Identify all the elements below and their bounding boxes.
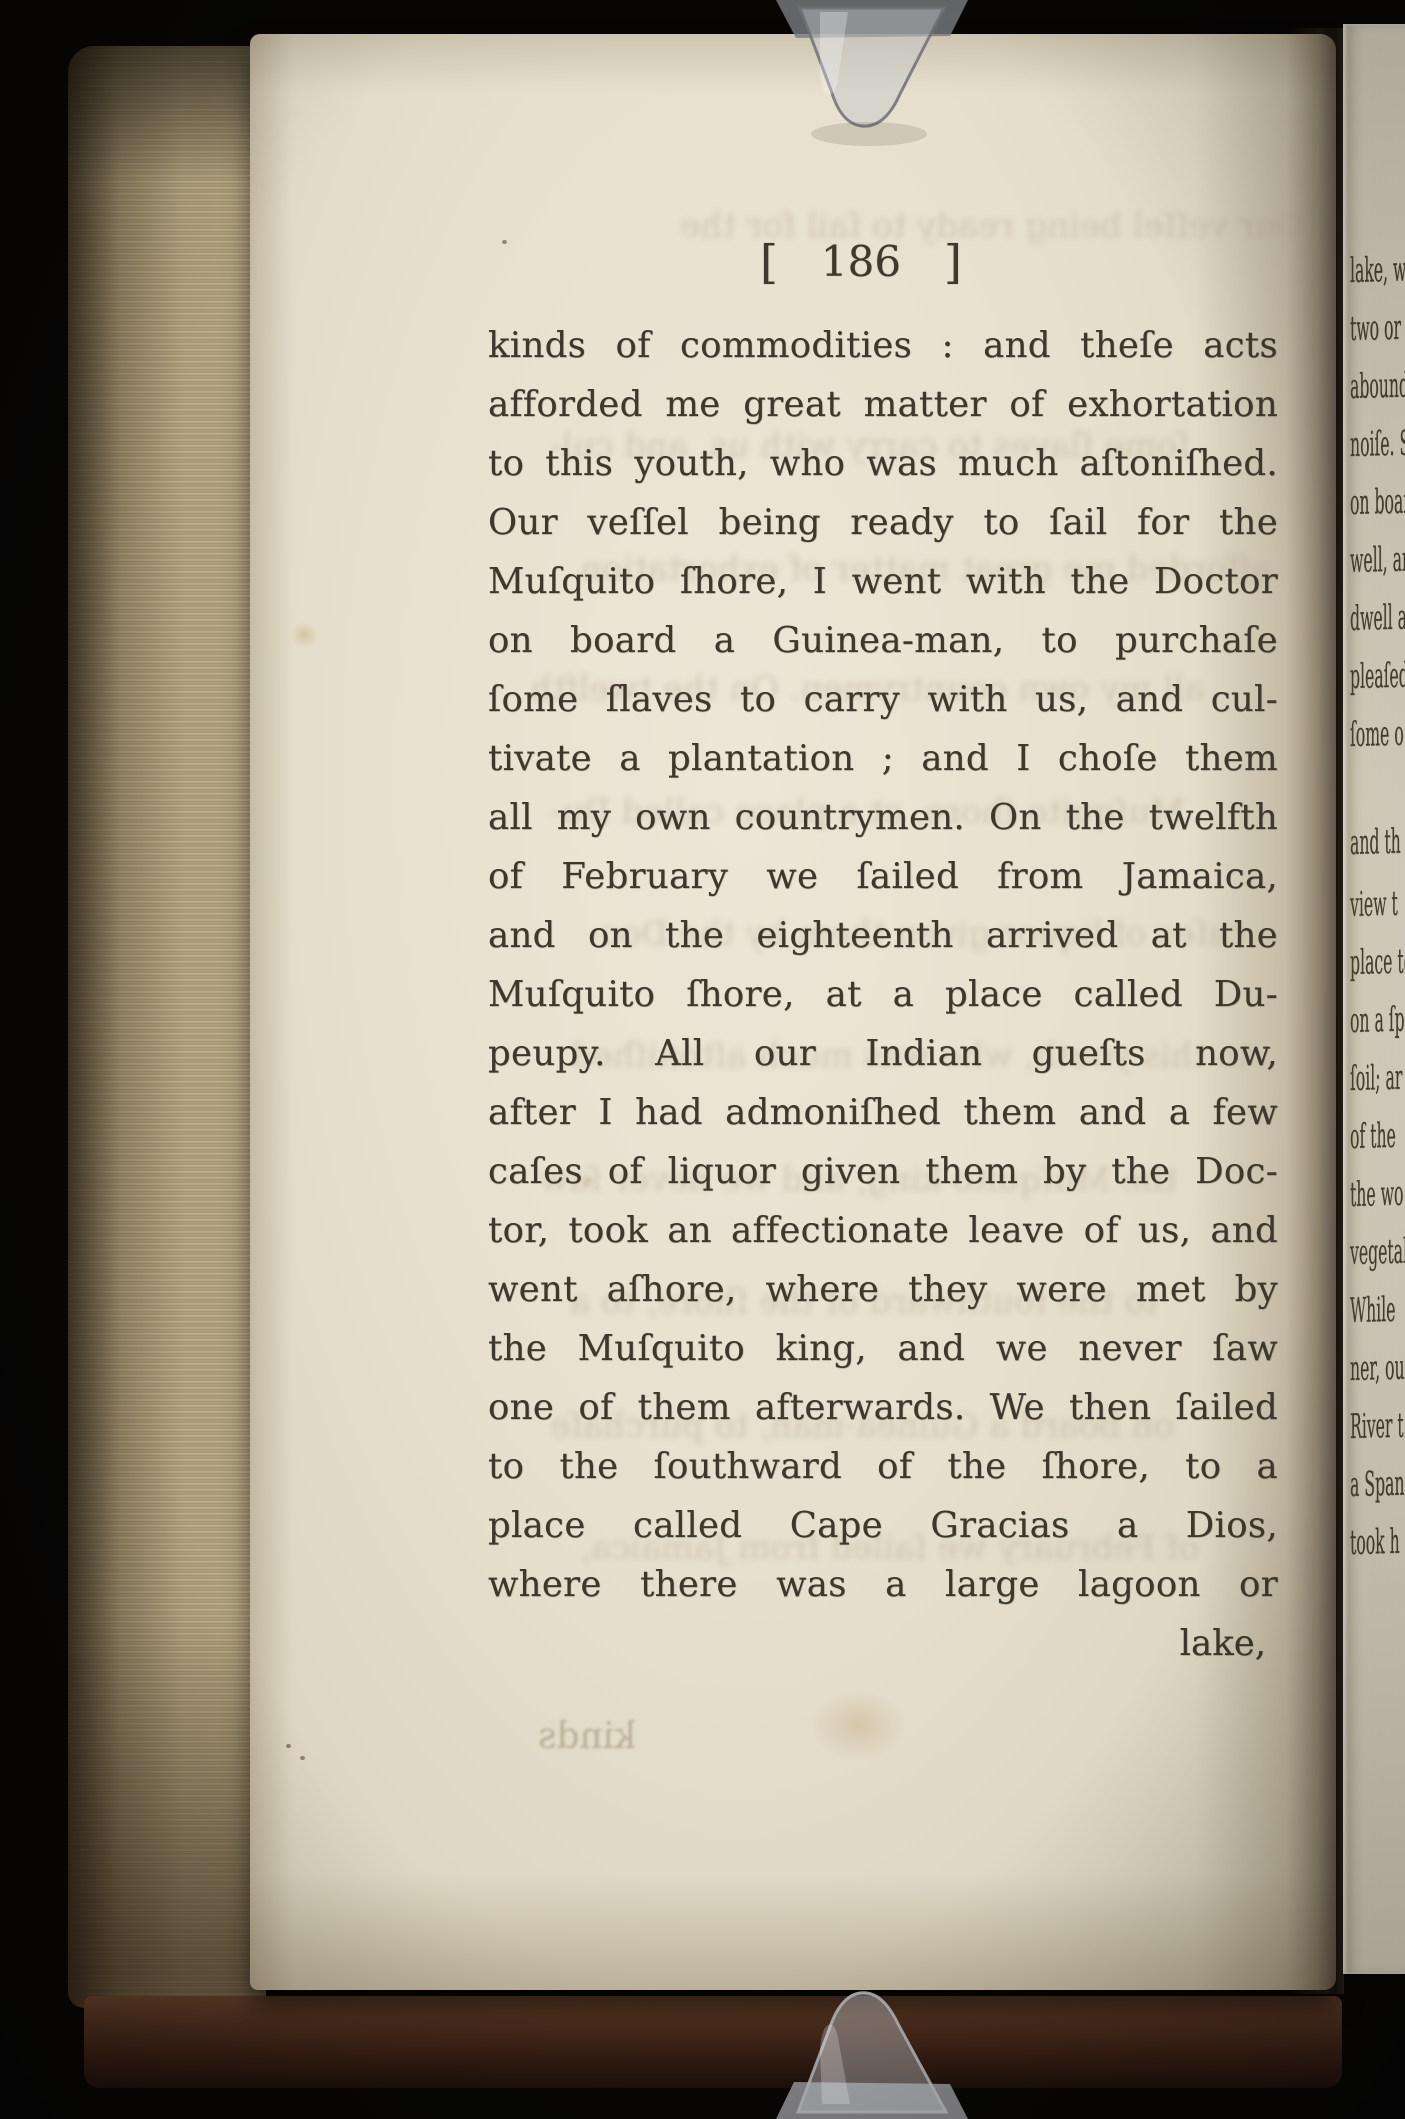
paper-stain: [290, 622, 318, 648]
show-through-word: kinds: [538, 1716, 636, 1757]
page-text-line: all my own countrymen. On the twelfth: [488, 788, 1278, 847]
facing-text-fragment: took h: [1350, 1513, 1400, 1572]
catchword: lake,: [488, 1614, 1266, 1673]
page-number-header: [ 186 ]: [760, 230, 962, 300]
open-bracket: [: [760, 230, 778, 294]
facing-text-fragment: view t: [1350, 875, 1398, 934]
book-page: [ 186 ] Our veſſel being ready to ſail f…: [250, 34, 1336, 1990]
facing-text-fragment: place to: [1350, 932, 1405, 992]
page-text-line: Muſquito ſhore, I went with the Doctor: [488, 552, 1278, 611]
page-text-line: Muſquito ſhore, at a place called Du-: [488, 965, 1278, 1024]
book-cover-bottom: [84, 1996, 1342, 2088]
book-photo: [ 186 ] Our veſſel being ready to ſail f…: [0, 0, 1405, 2119]
facing-text-fragment: on boar: [1350, 472, 1405, 532]
page-text-line: peupy. All our Indian gueſts now,: [488, 1024, 1278, 1083]
facing-text-fragment: and th: [1350, 813, 1401, 872]
page-text-line: Our veſſel being ready to ſail for the: [488, 493, 1278, 552]
page-text-line: tivate a plantation ; and I choſe them: [488, 729, 1278, 788]
page-text-line: of February we ſailed from Jamaica,: [488, 847, 1278, 906]
facing-text-fragment: pleaſed: [1350, 646, 1405, 706]
page-text-line: caſes of liquor given them by the Doc-: [488, 1142, 1278, 1201]
page-text-block: kinds of commodities : and theſe acts af…: [488, 316, 1278, 1614]
page-text-line: and on the eighteenth arrived at the: [488, 906, 1278, 965]
page-text-line: where there was a large lagoon or: [488, 1555, 1278, 1614]
facing-text-fragment: on a ſp: [1350, 991, 1405, 1050]
facing-text-fragment: ſome o: [1350, 705, 1404, 764]
paper-speck: [502, 240, 507, 244]
facing-text-fragment: dwell ar: [1350, 588, 1405, 648]
page-text-line: ſome ſlaves to carry with us, and cul-: [488, 670, 1278, 729]
page-text-line: on board a Guinea-man, to purchaſe: [488, 611, 1278, 670]
paper-stain: [810, 1689, 906, 1761]
facing-text-fragment: lake, w: [1350, 241, 1405, 300]
facing-text-fragment: noiſe. S: [1350, 414, 1405, 474]
page-text-line: to the ſouthward of the ſhore, to a: [488, 1437, 1278, 1496]
page-text-line: the Muſquito king, and we never ſaw: [488, 1319, 1278, 1378]
page-text-line: to this youth, who was much aſtoniſhed.: [488, 434, 1278, 493]
facing-text-fragment: abounde: [1350, 356, 1405, 416]
page-number: 186: [821, 230, 901, 294]
facing-text-fragment: ſoil; ar: [1350, 1049, 1402, 1108]
paper-speck: [300, 1756, 305, 1760]
paper-speck: [286, 1744, 291, 1748]
facing-text-fragment: the wo: [1350, 1165, 1403, 1224]
page-text-line: tor, took an affectionate leave of us, a…: [488, 1201, 1278, 1260]
page-text-line: one of them afterwards. We then ſailed: [488, 1378, 1278, 1437]
facing-text-fragment: River t: [1350, 1397, 1404, 1456]
facing-text-fragment: ner, ou: [1350, 1339, 1405, 1398]
page-edge-stack: [68, 46, 266, 2008]
facing-text-fragment: two or t: [1350, 298, 1405, 358]
facing-text-fragment: of the: [1350, 1107, 1396, 1166]
facing-text-fragment: vegetab: [1350, 1222, 1405, 1282]
facing-page-strip: lake, w two or t abounde noiſe. S on boa…: [1343, 24, 1405, 1974]
facing-text-fragment: a Span: [1350, 1455, 1404, 1514]
page-text-line: kinds of commodities : and theſe acts: [488, 316, 1278, 375]
page-text-line: place called Cape Gracias a Dios,: [488, 1496, 1278, 1555]
close-bracket: ]: [944, 230, 962, 294]
page-text-line: went aſhore, where they were met by: [488, 1260, 1278, 1319]
page-text-line: afforded me great matter of exhortation: [488, 375, 1278, 434]
page-text-line: after I had admoniſhed them and a few: [488, 1083, 1278, 1142]
facing-text-fragment: well, an: [1350, 530, 1405, 590]
facing-text-fragment: While: [1350, 1281, 1395, 1340]
